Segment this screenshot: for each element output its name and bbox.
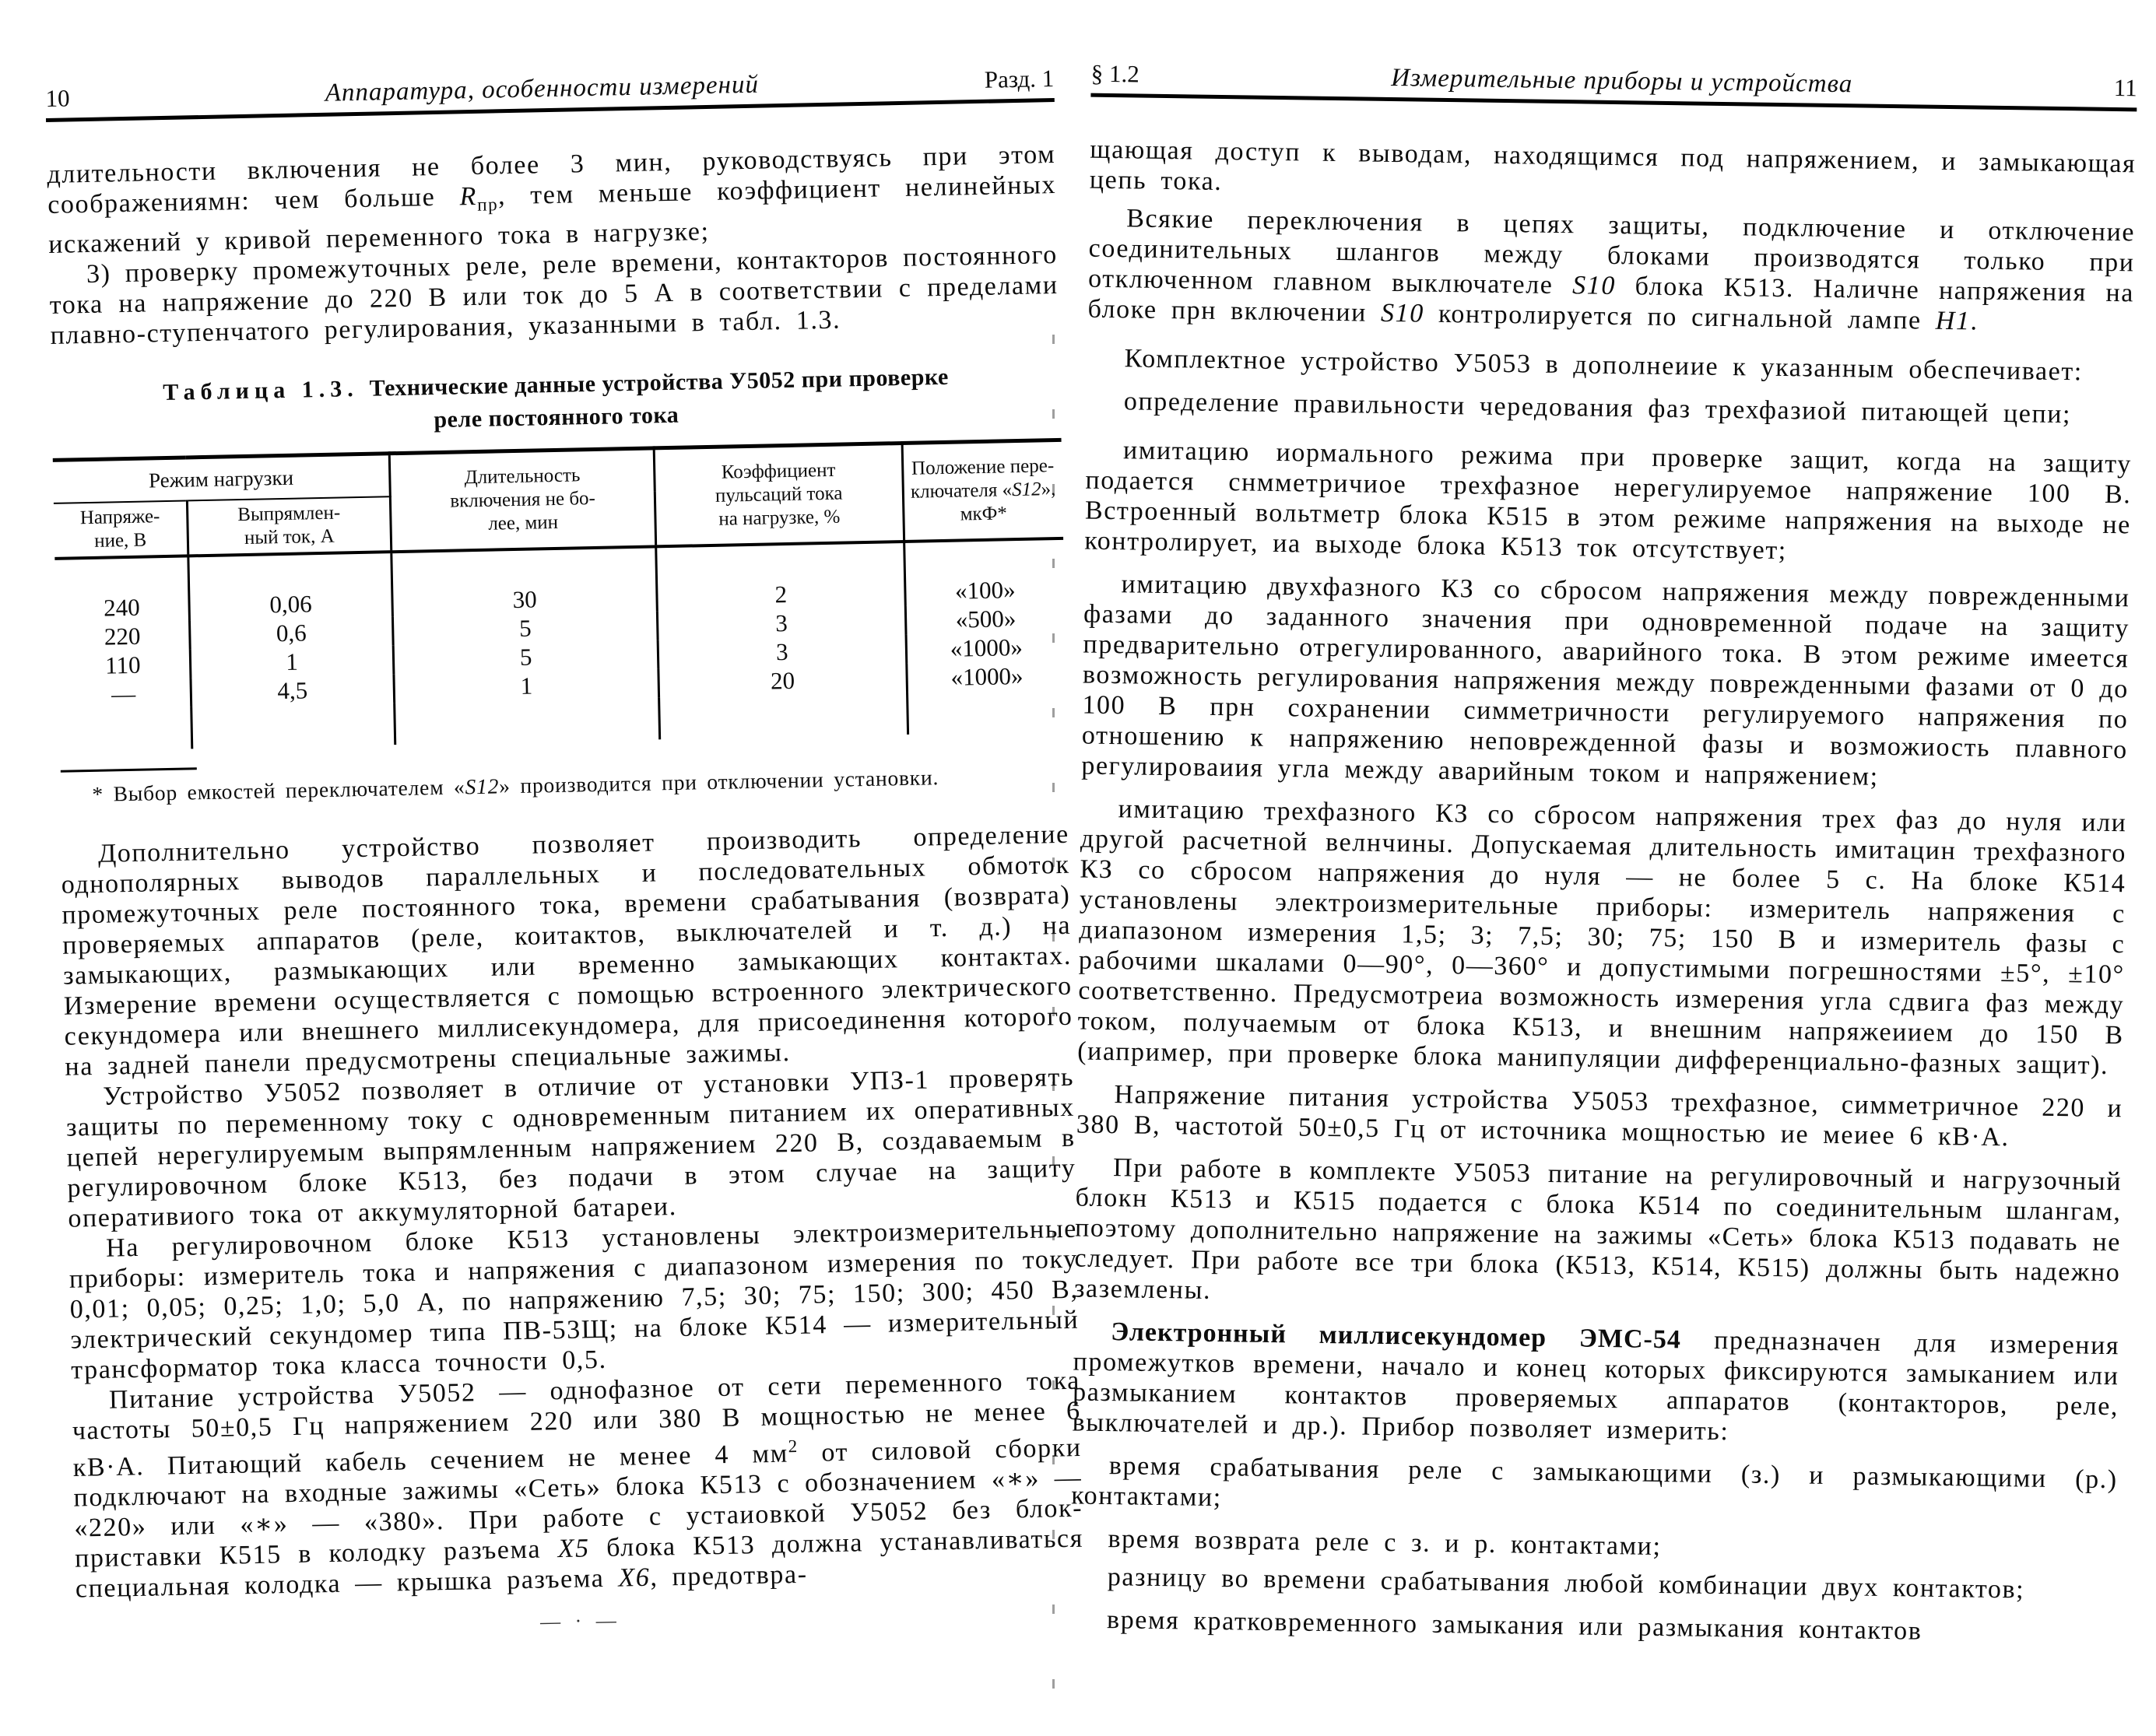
table-caption-label: Таблица 1.3. [163, 376, 359, 405]
spacer-cell [191, 703, 395, 749]
superscript-2: 2 [788, 1436, 799, 1457]
table-body: 240 0,06 30 2 «100» 220 0,6 5 3 «500» 11… [54, 538, 1067, 752]
paragraph-u5053-intro: Комплектное устройство У5053 в дополнеии… [1087, 343, 2133, 388]
cell-current: 0,06 [188, 552, 392, 620]
col-text: мкФ* [960, 503, 1007, 524]
table-caption: Таблица 1.3.Технические данные устройств… [51, 359, 1061, 444]
col-text: Положение пере- [911, 455, 1055, 479]
cell-switch: «100» [904, 538, 1064, 606]
footnote-text: » производится при отключении установки. [499, 765, 939, 798]
cell-ripple: 3 [657, 606, 905, 640]
table-caption-text: Технические данные устройства У5052 при … [369, 364, 949, 402]
paragraph-text: , предотвра- [650, 1560, 808, 1592]
paragraph-continuation: длительности включения не более 3 мин, р… [47, 139, 1057, 260]
connector-x6-label: Х6 [618, 1563, 651, 1593]
list-item-time-difference: разницу во времени срабатывания любой ко… [1070, 1561, 2116, 1606]
table-col-voltage: Напряже- ние, В [54, 500, 188, 558]
left-section-label: Разд. 1 [953, 65, 1055, 95]
left-page: 10 Аппаратура, особенности измерений Раз… [45, 65, 1085, 1643]
table-col-duration: Длительность включения не бо- лее, мин [390, 448, 656, 552]
col-text: ключателя « [911, 479, 1013, 503]
cell-voltage: — [58, 678, 191, 709]
list-item-operate-time: время срабатывания реле с замыкающими (з… [1071, 1450, 2118, 1525]
list-item-normal-mode: имитацию иормального режима при проверке… [1084, 435, 2132, 571]
table-col-switch-position: Положение пере-ключателя «S12»,мкФ* [902, 440, 1063, 542]
left-page-header: 10 Аппаратура, особенности измерений Раз… [45, 65, 1054, 114]
spacer-cell [907, 689, 1067, 735]
paragraph-u5053-power: Напряжение питания устройства У5053 трех… [1076, 1078, 2123, 1154]
paragraph-text: . [1970, 307, 1979, 335]
cell-current: 4,5 [191, 674, 395, 707]
cell-duration: 30 [392, 546, 657, 616]
footnote-rule [61, 767, 197, 773]
spacer-cell [395, 697, 660, 745]
switch-s12-label: S12 [465, 773, 499, 798]
cell-ripple: 2 [656, 542, 905, 611]
paragraph-u5053-operation: При работе в комплекте У5053 питание на … [1074, 1152, 2123, 1318]
switch-s10-label: S10 [1572, 271, 1616, 300]
paragraph-continuation: щающая доступ к выводам, находящимся под… [1090, 135, 2137, 210]
list-item-two-phase-fault: имитацию двухфазного КЗ со сбросом напря… [1081, 569, 2130, 796]
variable-r-subscript: пр [477, 195, 499, 216]
spacer-cell [58, 707, 191, 751]
right-section-ref: § 1.2 [1091, 60, 1192, 89]
paragraph-power-supply: Питание устройства У5052 — однофазное от… [72, 1365, 1084, 1604]
table-col-ripple: Коэффициент пульсаций тока на нагрузке, … [654, 443, 904, 546]
switch-s12-label: S12 [1012, 479, 1041, 500]
spacer-cell [658, 693, 908, 739]
table-col-current: Выпрямлен- ный ток, А [187, 496, 392, 556]
paragraph-ems-54: Электронный миллисекундомер ЭМС-54 предн… [1072, 1316, 2119, 1452]
cell-current: 0,6 [189, 616, 393, 649]
cell-current: 1 [190, 645, 394, 678]
paragraph-item-3: 3) проверку промежуточных реле, реле вре… [49, 240, 1059, 351]
cell-voltage: 240 [54, 556, 189, 623]
cell-ripple: 20 [658, 664, 907, 697]
cell-ripple: 3 [658, 635, 906, 668]
variable-r: R [459, 182, 477, 211]
section-end-mark: — · — [76, 1600, 1085, 1643]
paragraph-k513-instruments: На регулировочном блоке К513 установлены… [68, 1213, 1080, 1385]
table-group-header-load-mode: Режим нагрузки [53, 454, 391, 503]
list-item-three-phase-fault: имитацию трехфазного КЗ со сбросом напря… [1077, 794, 2127, 1082]
footnote-text: * Выбор емкостей переключателем « [92, 774, 465, 806]
switch-s10-label: S10 [1381, 299, 1424, 328]
table-1-3: Режим нагрузки Длительность включения не… [53, 438, 1067, 752]
paragraph-switching-rules: Всякие переключения в цепях защиты, подк… [1087, 203, 2135, 339]
left-page-number: 10 [45, 83, 132, 113]
cell-voltage: 110 [57, 649, 191, 680]
paragraph-text: контролируется по сигнальной лампе [1424, 300, 1936, 335]
paragraph-additional-functions: Дополнительно устройство позволяет произ… [61, 819, 1074, 1082]
cell-voltage: 220 [56, 620, 190, 651]
list-item-momentary-contact: время кратковременного замыкания или раз… [1069, 1604, 2116, 1649]
right-page-number: 11 [2051, 73, 2137, 103]
list-item-phase-sequence: определение правильности чередования фаз… [1087, 386, 2133, 431]
cell-switch: «1000» [906, 661, 1066, 693]
list-item-release-time: время возврата реле с з. и р. контактами… [1070, 1523, 2116, 1568]
cell-switch: «500» [905, 603, 1065, 635]
paragraph-u5052-vs-upz1: Устройство У5052 позволяет в отличие от … [65, 1062, 1077, 1234]
table-footnote: * Выбор емкостей переключателем «S12» пр… [59, 762, 1068, 808]
cell-switch: «1000» [906, 632, 1066, 664]
col-text: », [1041, 479, 1055, 500]
table-caption-line2: реле постоянного тока [434, 402, 679, 433]
right-page: § 1.2 Измерительные приборы и устройства… [1069, 60, 2137, 1650]
lamp-h1-label: H1 [1936, 307, 1971, 336]
connector-x5-label: Х5 [557, 1534, 590, 1563]
